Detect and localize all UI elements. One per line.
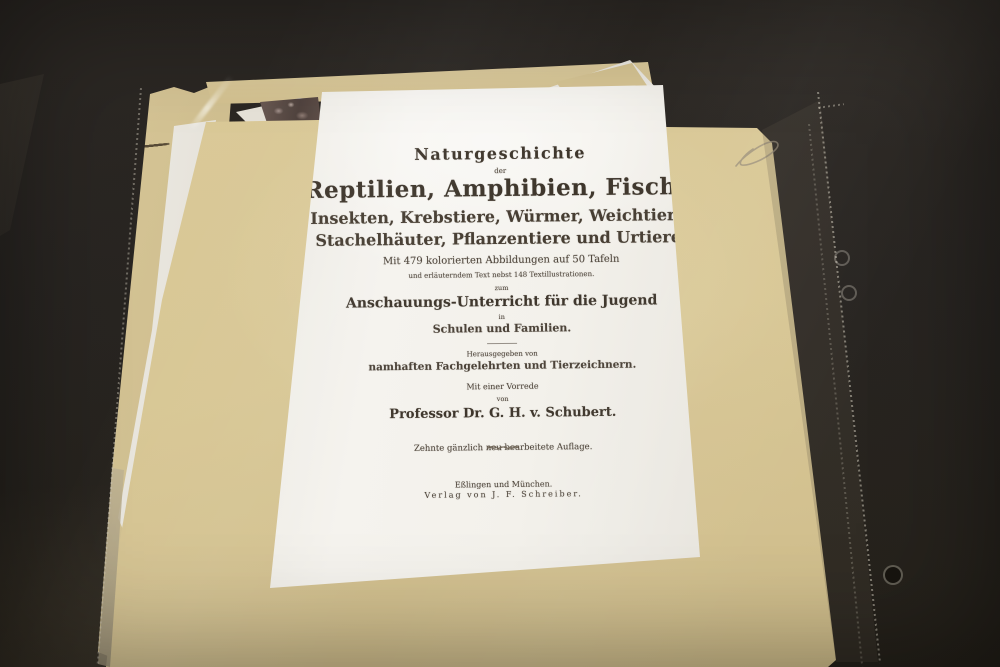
purpose-line: Anschauungs-Unterricht für die Jugend [306,292,698,312]
punch-hole [834,250,850,266]
foreword-author: Professor Dr. G. H. v. Schubert. [307,404,699,423]
illustration-note-2: und erläuterndem Text nebst 148 Textillu… [305,269,697,281]
title-page-text: Naturgeschichte der Reptilien, Amphibien… [303,78,700,594]
illustration-note-1: Mit 479 kolorierten Abbildungen auf 50 T… [305,253,697,268]
book-title: Naturgeschichte [304,142,696,165]
audience-line: Schulen und Familien. [306,320,698,337]
punch-hole [841,285,857,301]
title-page: Naturgeschichte der Reptilien, Amphibien… [270,80,704,592]
separator-rule [487,343,517,344]
editors-line: namhaften Fachgelehrten und Tierzeichner… [306,358,698,374]
edition-row: Zehnte gänzlich neu bearbeitete Auflage. [307,441,699,455]
foreword-note: Mit einer Vorrede [306,380,698,393]
photograph-scene: Naturgeschichte der Reptilien, Amphibien… [0,0,1000,667]
subject-line-2: Insekten, Krebstiere, Würmer, Weichtiere… [305,205,697,228]
foreword-preposition: von [307,393,699,405]
subject-line-1: Reptilien, Amphibien, Fische, [304,173,696,204]
subject-line-3: Stachelhäuter, Pflanzentiere und Urtiere… [305,227,697,250]
punch-hole [883,565,903,585]
flourish-ornament-right [486,443,520,453]
